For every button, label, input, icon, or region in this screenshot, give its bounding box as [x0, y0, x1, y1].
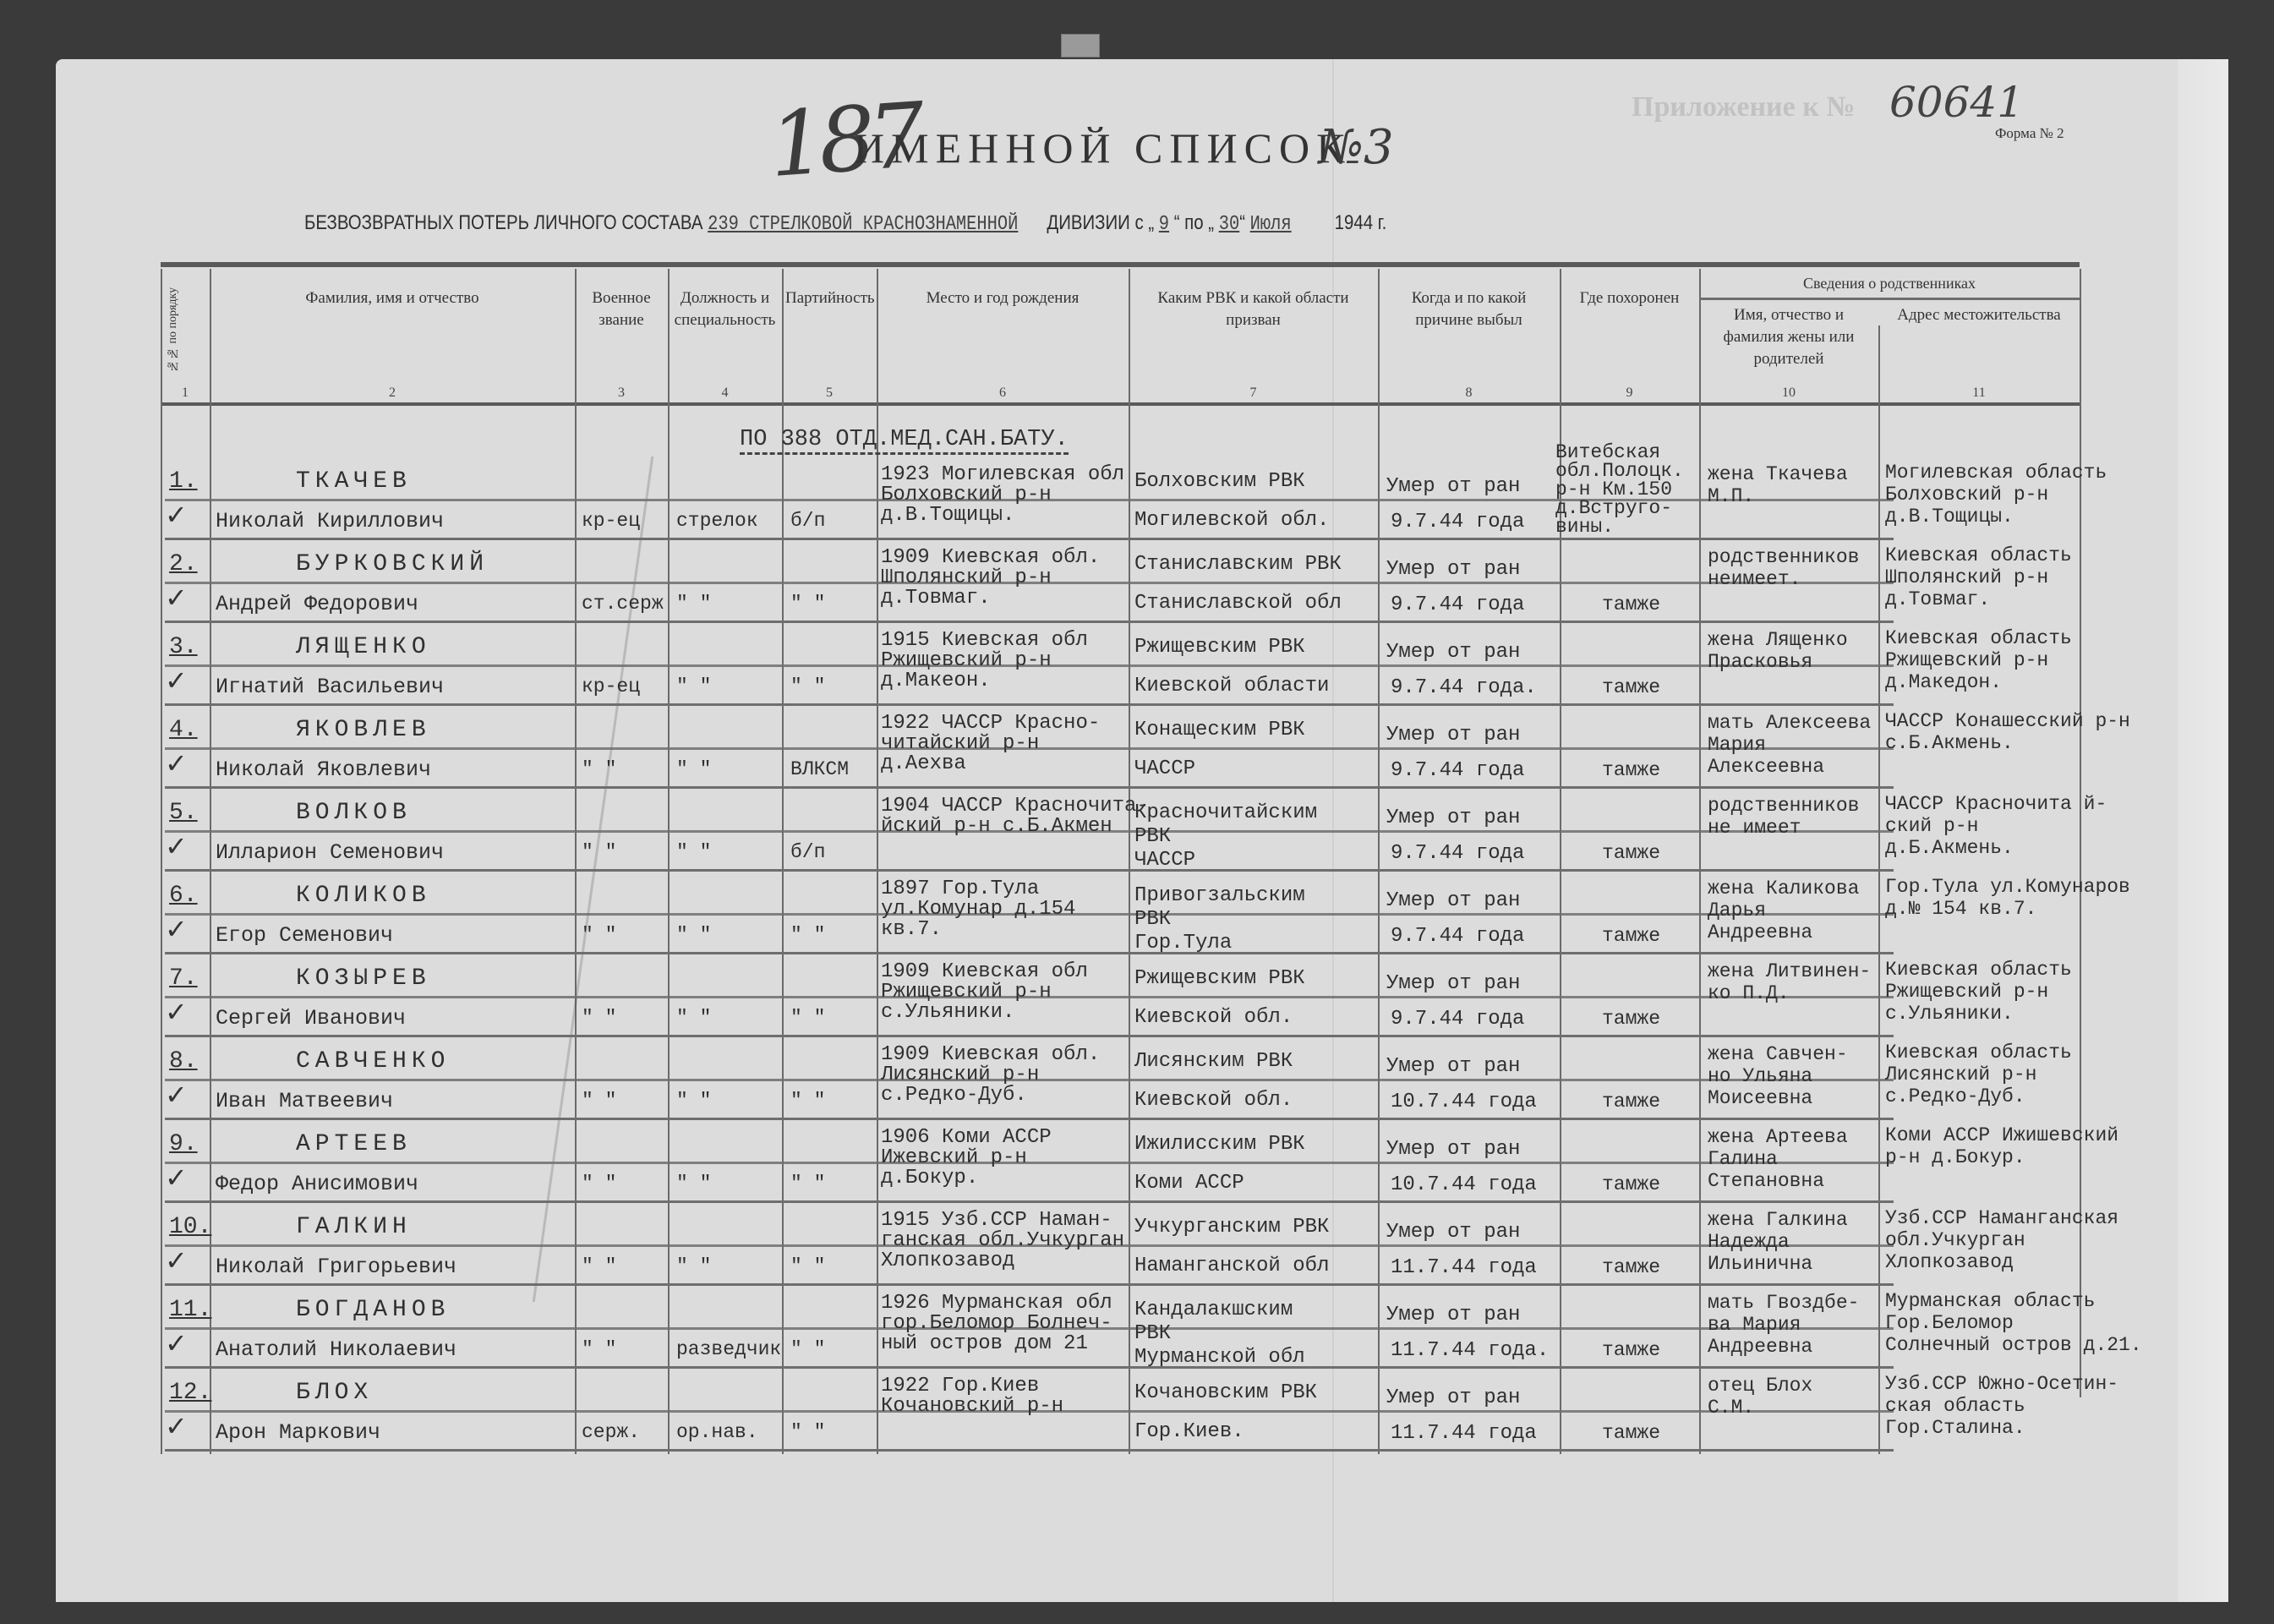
checkmark-icon: ✓ — [165, 664, 188, 697]
address-line: ская область — [1885, 1395, 2025, 1418]
relative-line: Мария — [1708, 734, 1766, 757]
faded-stamp: Приложение к № — [1632, 91, 1856, 123]
rvk-line: Могилевской обл. — [1134, 509, 1329, 532]
address-line: ЧАССР Красночита й- — [1885, 793, 2107, 816]
rank: кр-ец — [582, 510, 640, 533]
checkmark-icon: ✓ — [165, 582, 188, 614]
relative-line: жена Ткачева — [1708, 463, 1848, 486]
position: " " — [676, 758, 711, 781]
column-number: 5 — [782, 385, 877, 401]
rvk-line: Кочановским РВК — [1134, 1381, 1317, 1404]
column-number: 11 — [1878, 385, 2080, 401]
surname: ТКАЧЕВ — [296, 470, 412, 493]
rvk-line: ЧАССР — [1134, 757, 1195, 780]
column-number: 9 — [1560, 385, 1699, 401]
row-bottom-line — [165, 1283, 1894, 1286]
relative-line: ва Мария — [1708, 1314, 1801, 1337]
rank: " " — [582, 1173, 616, 1195]
address-line: д.Б.Акмень. — [1885, 837, 2014, 860]
address-line: Ржищевский р-н — [1885, 981, 2048, 1003]
reason: Умер от ран — [1386, 1304, 1520, 1326]
header-5: Партийность — [785, 287, 873, 309]
reason: Умер от ран — [1386, 972, 1520, 995]
row-bottom-line — [165, 1118, 1894, 1120]
rvk-line: Красночитайским — [1134, 801, 1317, 824]
address-line: Лисянский р-н — [1885, 1064, 2036, 1086]
party: б/п — [790, 510, 825, 533]
birth-line: 1897 Гор.Тула — [881, 878, 1039, 900]
surname: ЯКОВЛЕВ — [296, 719, 431, 741]
birth-line: Болховский р-н — [881, 484, 1052, 506]
header-3: Военное звание — [578, 287, 664, 331]
address-line: Ржищевский р-н — [1885, 649, 2048, 672]
header-4: Должность и специальность — [671, 287, 779, 331]
address-line: Хлопкозавод — [1885, 1251, 2014, 1274]
relative-line: Надежда — [1708, 1231, 1790, 1254]
header-bottom-rule — [161, 402, 2080, 406]
rvk-line: Киевской области — [1134, 675, 1329, 697]
row-number: 7. — [169, 965, 198, 992]
rank: " " — [582, 1338, 616, 1361]
header-11: Адрес местожительства — [1882, 304, 2076, 326]
relative-line: но Ульяна — [1708, 1065, 1812, 1088]
surname: КОЛИКОВ — [296, 884, 431, 907]
surname: КОЗЫРЕВ — [296, 967, 431, 990]
birth-line: Ржищевский р-н — [881, 981, 1052, 1003]
reason: Умер от ран — [1386, 724, 1520, 746]
burial-place: тамже — [1602, 676, 1660, 699]
rank: кр-ец — [582, 675, 640, 698]
relative-line: ко П.Д. — [1708, 982, 1790, 1005]
party: " " — [790, 1338, 825, 1361]
relative-line: жена Лященко — [1708, 629, 1848, 652]
header-top-rule — [161, 262, 2080, 267]
rvk-line: Коми АССР — [1134, 1172, 1244, 1195]
relatives-group-rule — [1699, 298, 2080, 300]
relative-line: мать Гвоздбе- — [1708, 1292, 1859, 1315]
burial-place: тамже — [1602, 1256, 1660, 1279]
date-of-death: 9.7.44 года. — [1391, 676, 1537, 699]
birth-line: д.В.Тощицы. — [881, 504, 1014, 527]
rvk-line: Болховским РВК — [1134, 470, 1305, 493]
relative-line: Галина — [1708, 1148, 1778, 1171]
date-of-death: 11.7.44 года — [1391, 1256, 1537, 1279]
birth-line: гор.Беломор Болнеч- — [881, 1312, 1112, 1335]
birth-line: 1904 ЧАССР Красночита- — [881, 795, 1149, 817]
relative-line: Алексеевна — [1708, 756, 1824, 779]
date-of-death: 11.7.44 года — [1391, 1422, 1537, 1445]
reason: Умер от ран — [1386, 558, 1520, 581]
party: " " — [790, 1421, 825, 1444]
address-line: Гор.Сталина. — [1885, 1417, 2025, 1440]
date-to: 30 — [1219, 213, 1239, 236]
rvk-line: Киевской обл. — [1134, 1006, 1293, 1029]
relative-line: Моисеевна — [1708, 1087, 1812, 1110]
birth-line: ный остров дом 21 — [881, 1332, 1088, 1355]
checkmark-icon: ✓ — [165, 1244, 188, 1277]
checkmark-icon: ✓ — [165, 1327, 188, 1359]
surname: ЛЯЩЕНКО — [296, 636, 431, 659]
date-of-death: 11.7.44 года. — [1391, 1339, 1549, 1362]
column-number: 4 — [668, 385, 782, 401]
given-names: Иван Матвеевич — [216, 1090, 393, 1113]
birth-line: кв.7. — [881, 918, 942, 941]
birth-line: Лисянский р-н — [881, 1064, 1039, 1086]
birth-line: д.Аехва — [881, 752, 966, 775]
page-title: ИМЕННОЙ СПИСОК — [854, 123, 1351, 172]
party: " " — [790, 593, 825, 615]
rvk-line: Учкурганским РВК — [1134, 1216, 1329, 1239]
row-number: 12. — [169, 1380, 211, 1406]
birth-line: д.Макеон. — [881, 670, 991, 692]
birth-line: 1923 Могилевская обл — [881, 463, 1124, 486]
birth-line: Кочановский р-н — [881, 1395, 1063, 1418]
position: " " — [676, 593, 711, 615]
birth-line: 1909 Киевская обл — [881, 960, 1088, 983]
relative-line: родственников — [1708, 546, 1859, 569]
address-line: Киевская область — [1885, 1042, 2072, 1064]
date-of-death: 9.7.44 года — [1391, 511, 1524, 533]
row-number: 8. — [169, 1048, 198, 1074]
relative-line: неимеет. — [1708, 568, 1801, 591]
column-number: 10 — [1699, 385, 1878, 401]
given-names: Илларион Семенович — [216, 841, 444, 864]
rank: " " — [582, 1255, 616, 1278]
checkmark-icon: ✓ — [165, 1079, 188, 1111]
date-of-death: 9.7.44 года — [1391, 1008, 1524, 1031]
given-names: Николай Кириллович — [216, 510, 444, 533]
row-number: 2. — [169, 551, 198, 577]
party: " " — [790, 1007, 825, 1030]
row-bottom-line — [165, 1200, 1894, 1203]
party: " " — [790, 1173, 825, 1195]
column-number: 2 — [210, 385, 575, 401]
birth-line: Ижевский р-н — [881, 1146, 1027, 1169]
surname: БОГДАНОВ — [296, 1299, 450, 1321]
row-bottom-line — [165, 952, 1894, 954]
row-bottom-line — [165, 869, 1894, 872]
relative-line: отец Блох — [1708, 1375, 1812, 1397]
date-from: 9 — [1159, 213, 1169, 236]
burial-place: тамже — [1602, 1173, 1660, 1196]
burial-place: тамже — [1602, 1339, 1660, 1362]
form-label: Форма № 2 — [1995, 125, 2064, 142]
given-names: Егор Семенович — [216, 924, 393, 947]
row-number: 1. — [169, 468, 198, 495]
row-number: 5. — [169, 800, 198, 826]
address-line: Киевская область — [1885, 544, 2072, 567]
burial-place: тамже — [1602, 842, 1660, 865]
party: б/п — [790, 841, 825, 864]
unit-name: 239 СТРЕЛКОВОЙ КРАСНОЗНАМЕННОЙ — [708, 213, 1018, 236]
position: " " — [676, 675, 711, 698]
address-line: Киевская область — [1885, 627, 2072, 650]
column-divider — [1378, 269, 1380, 1454]
position: " " — [676, 1255, 711, 1278]
relative-line: жена Савчен- — [1708, 1043, 1848, 1066]
given-names: Анатолий Николаевич — [216, 1338, 456, 1361]
rvk-line: Кандалакшским — [1134, 1299, 1293, 1321]
address-line: д.№ 154 кв.7. — [1885, 898, 2036, 921]
address-line: д.Товмаг. — [1885, 588, 1990, 611]
birth-line: д.Бокур. — [881, 1167, 978, 1189]
birth-line: с.Редко-Дуб. — [881, 1084, 1027, 1107]
party: " " — [790, 1255, 825, 1278]
rvk-line: Ржищевским РВК — [1134, 967, 1305, 990]
party: " " — [790, 1090, 825, 1113]
reason: Умер от ран — [1386, 1221, 1520, 1244]
column-number: 7 — [1129, 385, 1378, 401]
given-names: Арон Маркович — [216, 1421, 380, 1444]
address-line: Узб.ССР Южно-Осетин- — [1885, 1373, 2118, 1396]
given-names: Николай Яковлевич — [216, 758, 431, 781]
relative-line: жена Галкина — [1708, 1209, 1848, 1232]
address-line: р-н д.Бокур. — [1885, 1146, 2025, 1169]
birth-line: 1922 Гор.Киев — [881, 1375, 1039, 1397]
relative-line: жена Литвинен- — [1708, 960, 1871, 983]
address-line: Могилевская область — [1885, 462, 2107, 484]
date-mid: “ по „ — [1174, 211, 1214, 234]
row-number: 3. — [169, 634, 198, 660]
relative-line: Дарья — [1708, 899, 1766, 922]
header-order-number: №№ по порядку — [162, 279, 209, 380]
surname: САВЧЕНКО — [296, 1050, 450, 1073]
rvk-line: Ржищевским РВК — [1134, 636, 1305, 659]
checkmark-icon: ✓ — [165, 996, 188, 1028]
relatives-group-header: Сведения о родственниках — [1699, 272, 2080, 294]
rvk-line: Станиславским РВК — [1134, 553, 1342, 576]
birth-line: 1906 Коми АССР — [881, 1126, 1052, 1149]
row-bottom-line — [165, 1366, 1894, 1369]
row-bottom-line — [165, 1449, 1894, 1452]
division-label: ДИВИЗИИ с „ — [1047, 211, 1154, 234]
header-8: Когда и по какой причине выбыл — [1381, 287, 1556, 331]
party: ВЛКСМ — [790, 758, 849, 781]
rank: ст.серж — [582, 593, 664, 615]
surname: ВОЛКОВ — [296, 801, 412, 824]
birth-line: 1915 Узб.ССР Наман- — [881, 1209, 1112, 1232]
rvk-line: РВК — [1134, 908, 1171, 931]
burial-place: тамже — [1602, 1422, 1660, 1445]
burial-place: тамже — [1602, 1008, 1660, 1031]
address-line: Узб.ССР Наманганская — [1885, 1207, 2118, 1230]
position: " " — [676, 841, 711, 864]
party: " " — [790, 924, 825, 947]
checkmark-icon: ✓ — [165, 1410, 188, 1442]
row-number: 10. — [169, 1214, 211, 1240]
birth-line: с.Ульяники. — [881, 1001, 1014, 1024]
year: 1944 г. — [1335, 211, 1387, 234]
burial-place: тамже — [1602, 1091, 1660, 1113]
column-divider — [1699, 269, 1701, 1452]
header-7: Каким РВК и какой области призван — [1132, 287, 1375, 331]
checkmark-icon: ✓ — [165, 830, 188, 862]
row-bottom-line — [165, 621, 1894, 623]
header-10: Имя, отчество и фамилия жены или родител… — [1703, 304, 1875, 370]
reason: Умер от ран — [1386, 475, 1520, 498]
rank: " " — [582, 758, 616, 781]
birth-line: Шполянский р-н — [881, 566, 1052, 589]
subtitle: БЕЗВОЗВРАТНЫХ ПОТЕРЬ ЛИЧНОГО СОСТАВА 239… — [304, 211, 1386, 236]
column-number: 6 — [877, 385, 1129, 401]
address-line: Мурманская область — [1885, 1290, 2095, 1313]
address-line: Гор.Беломор — [1885, 1312, 2014, 1335]
column-divider — [210, 269, 211, 1454]
relative-line: Прасковья — [1708, 651, 1812, 674]
surname: БУРКОВСКИЙ — [296, 553, 489, 576]
reason: Умер от ран — [1386, 1055, 1520, 1078]
reason: Умер от ран — [1386, 1138, 1520, 1161]
address-line: Коми АССР Ижишевский — [1885, 1124, 2118, 1147]
address-line: Солнечный остров д.21. — [1885, 1334, 2142, 1357]
relative-line: Степановна — [1708, 1170, 1824, 1193]
position: " " — [676, 924, 711, 947]
reason: Умер от ран — [1386, 889, 1520, 912]
date-of-death: 10.7.44 года — [1391, 1091, 1537, 1113]
birth-line: Хлопкозавод — [881, 1249, 1014, 1272]
relative-line: С.М. — [1708, 1397, 1754, 1419]
header-9: Где похоронен — [1563, 287, 1696, 309]
rvk-line: Конащеским РВК — [1134, 719, 1305, 741]
birth-line: 1922 ЧАССР Красно- — [881, 712, 1100, 735]
row-number: 4. — [169, 717, 198, 743]
given-names: Андрей Федорович — [216, 593, 418, 615]
binder-clip — [1061, 34, 1100, 57]
row-bottom-line — [165, 538, 1894, 540]
birth-line: 1909 Киевская обл. — [881, 1043, 1100, 1066]
date-of-death: 10.7.44 года — [1391, 1173, 1537, 1196]
subtitle-prefix: БЕЗВОЗВРАТНЫХ ПОТЕРЬ ЛИЧНОГО СОСТАВА — [304, 211, 702, 234]
rvk-line: РВК — [1134, 1322, 1171, 1345]
rvk-line: Гор.Киев. — [1134, 1420, 1244, 1443]
rvk-line: Ижилисским РВК — [1134, 1133, 1305, 1156]
rvk-line: ЧАССР — [1134, 849, 1195, 872]
checkmark-icon: ✓ — [165, 913, 188, 945]
birth-line: д.Товмаг. — [881, 587, 991, 610]
date-of-death: 9.7.44 года — [1391, 925, 1524, 948]
row-number: 9. — [169, 1131, 198, 1157]
address-line: Киевская область — [1885, 959, 2072, 982]
birth-line: 1915 Киевская обл — [881, 629, 1088, 652]
rvk-line: Киевской обл. — [1134, 1089, 1293, 1112]
relative-line: М.П. — [1708, 485, 1754, 508]
list-number: №3 — [1319, 120, 1394, 175]
relative-line: мать Алексеева — [1708, 712, 1871, 735]
given-names: Николай Григорьевич — [216, 1255, 456, 1278]
position: " " — [676, 1007, 711, 1030]
address-line: с.Редко-Дуб. — [1885, 1085, 2025, 1108]
position: " " — [676, 1090, 711, 1113]
birth-line: ул.Комунар д.154 — [881, 898, 1075, 921]
rank: " " — [582, 1007, 616, 1030]
column-divider — [161, 269, 162, 1454]
checkmark-icon: ✓ — [165, 1162, 188, 1194]
birth-line: Ржищевский р-н — [881, 649, 1052, 672]
rvk-line: РВК — [1134, 825, 1171, 848]
row-mid-line — [165, 1162, 1894, 1164]
address-line: с.Б.Акмень. — [1885, 732, 2014, 755]
burial-line: вины. — [1555, 516, 1614, 539]
checkmark-icon: ✓ — [165, 499, 188, 531]
given-names: Сергей Иванович — [216, 1007, 406, 1030]
rvk-line: Гор.Тула — [1134, 932, 1232, 954]
rvk-line: Наманганской обл — [1134, 1255, 1329, 1277]
position: стрелок — [676, 510, 758, 533]
relative-line: жена Каликова — [1708, 878, 1859, 900]
row-bottom-line — [165, 1035, 1894, 1037]
rvk-line: Станиславской обл — [1134, 592, 1342, 615]
paper-edge — [2178, 59, 2228, 1602]
given-names: Федор Анисимович — [216, 1173, 418, 1195]
rank: серж. — [582, 1421, 640, 1444]
date-of-death: 9.7.44 года — [1391, 842, 1524, 865]
surname: АРТЕЕВ — [296, 1133, 412, 1156]
position: разведчик — [676, 1338, 781, 1361]
checkmark-icon: ✓ — [165, 747, 188, 779]
relative-line: жена Артеева — [1708, 1126, 1848, 1149]
row-bottom-line — [165, 786, 1894, 789]
position: " " — [676, 1173, 711, 1195]
archive-number: 60641 — [1889, 78, 2024, 127]
address-line: д.В.Тощицы. — [1885, 506, 2014, 528]
column-number: 3 — [575, 385, 668, 401]
burial-place: тамже — [1602, 925, 1660, 948]
address-line: д.Македон. — [1885, 671, 2002, 694]
birth-line: ганская обл.Учкурган — [881, 1229, 1124, 1252]
relative-line: не имеет — [1708, 817, 1801, 839]
burial-place: тамже — [1602, 759, 1660, 782]
row-bottom-line — [165, 703, 1894, 706]
address-line: Шполянский р-н — [1885, 566, 2048, 589]
birth-line: 1909 Киевская обл. — [881, 546, 1100, 569]
rvk-line: Привогзальским — [1134, 884, 1305, 907]
relative-line: родственников — [1708, 795, 1859, 817]
given-names: Игнатий Васильевич — [216, 675, 444, 698]
section-label: ПО 388 ОТД.МЕД.САН.БАТУ. — [740, 427, 1069, 455]
burial-place: тамже — [1602, 593, 1660, 616]
address-line: обл.Учкурган — [1885, 1229, 2025, 1252]
address-line: Болховский р-н — [1885, 484, 2048, 506]
birth-line: йский р-н с.Б.Акмен — [881, 815, 1112, 838]
address-line: ЧАССР Конашесский р-н — [1885, 710, 2130, 733]
surname: БЛОХ — [296, 1381, 373, 1404]
row-number: 6. — [169, 883, 198, 909]
address-line: ский р-н — [1885, 815, 1978, 838]
date-of-death: 9.7.44 года — [1391, 593, 1524, 616]
rank: " " — [582, 1090, 616, 1113]
address-line: с.Ульяники. — [1885, 1003, 2014, 1025]
column-number: 8 — [1378, 385, 1560, 401]
header-6: Место и год рождения — [880, 287, 1125, 309]
address-line: Гор.Тула ул.Комунаров — [1885, 876, 2130, 899]
surname: ГАЛКИН — [296, 1216, 412, 1239]
rvk-line: Мурманской обл — [1134, 1346, 1305, 1369]
reason: Умер от ран — [1386, 807, 1520, 829]
position: ор.нав. — [676, 1421, 758, 1444]
rank: " " — [582, 841, 616, 864]
relative-line: Андреевна — [1708, 1336, 1812, 1359]
birth-line: читайский р-н — [881, 732, 1039, 755]
reason: Умер от ран — [1386, 641, 1520, 664]
column-divider — [1129, 269, 1130, 1454]
relative-line: Ильинична — [1708, 1253, 1812, 1276]
rvk-line: Лисянским РВК — [1134, 1050, 1293, 1073]
header-2: Фамилия, имя и отчество — [213, 287, 571, 309]
column-number: 1 — [161, 385, 210, 401]
reason: Умер от ран — [1386, 1386, 1520, 1409]
row-number: 11. — [169, 1297, 211, 1323]
date-of-death: 9.7.44 года — [1391, 759, 1524, 782]
